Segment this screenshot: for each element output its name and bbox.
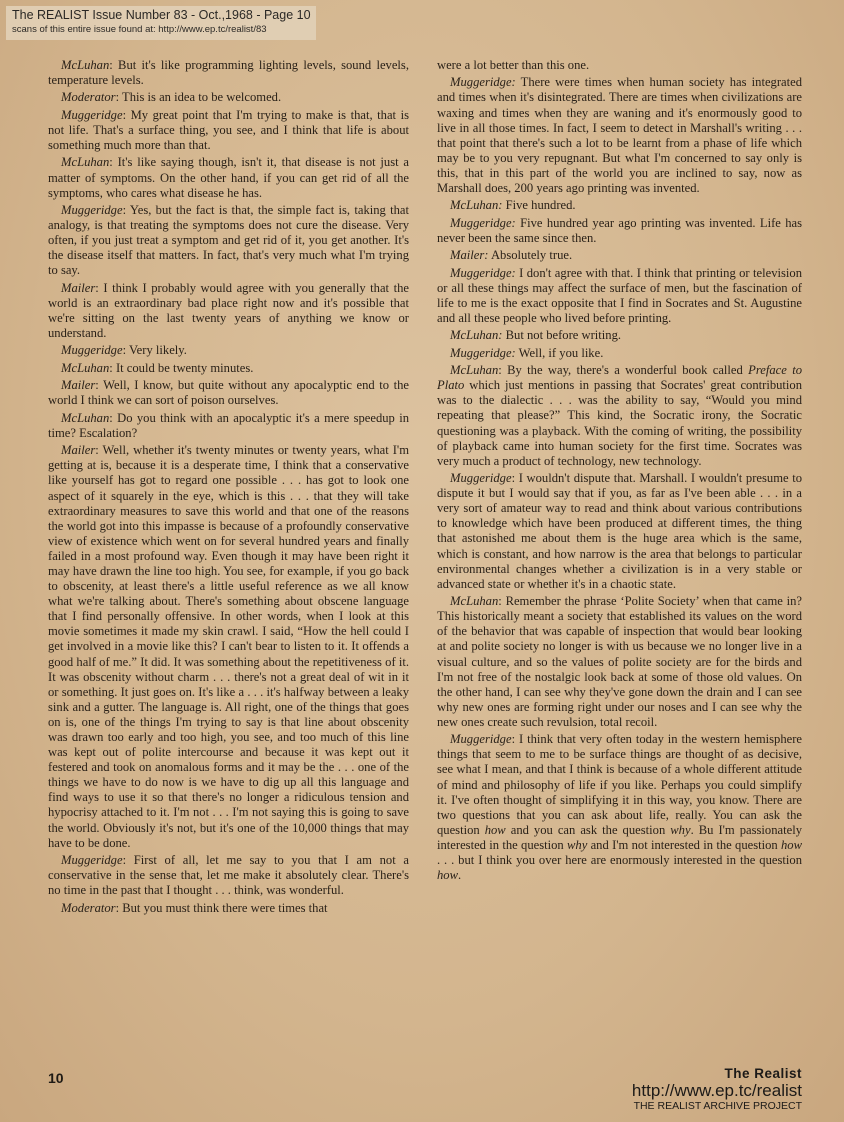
speaker-name: Muggeridge: (450, 266, 516, 280)
emphasis: how (437, 868, 458, 882)
dialogue-paragraph: McLuhan: But it's like programming light… (48, 58, 409, 88)
dialogue-paragraph: McLuhan: Do you think with an apocalypti… (48, 411, 409, 441)
speaker-name: Muggeridge (61, 203, 123, 217)
dialogue-paragraph: McLuhan: Remember the phrase ‘Polite Soc… (437, 594, 802, 730)
speaker-name: McLuhan: (450, 328, 502, 342)
speaker-name: McLuhan (61, 155, 109, 169)
dialogue-paragraph: Muggeridge: There were times when human … (437, 75, 802, 196)
dialogue-paragraph: Muggeridge: I wouldn't dispute that. Mar… (437, 471, 802, 592)
dialogue-paragraph: Mailer: Well, I know, but quite without … (48, 378, 409, 408)
dialogue-paragraph: Moderator: But you must think there were… (48, 901, 409, 916)
speaker-name: Muggeridge (61, 343, 123, 357)
continued-text: were a lot better than this one. (437, 58, 802, 73)
banner-title: The REALIST Issue Number 83 - Oct.,1968 … (12, 8, 310, 23)
dialogue-paragraph: Muggeridge: My great point that I'm tryi… (48, 108, 409, 153)
speaker-name: McLuhan (61, 58, 109, 72)
speaker-name: Mailer (61, 378, 95, 392)
dialogue-paragraph: McLuhan: Five hundred. (437, 198, 802, 213)
speaker-name: Mailer: (450, 248, 488, 262)
dialogue-paragraph: McLuhan: It could be twenty minutes. (48, 361, 409, 376)
banner-subtitle: scans of this entire issue found at: htt… (12, 23, 310, 36)
dialogue-paragraph: Muggeridge: I think that very often toda… (437, 732, 802, 883)
dialogue-paragraph: McLuhan: By the way, there's a wonderful… (437, 363, 802, 469)
dialogue-paragraph: Mailer: Absolutely true. (437, 248, 802, 263)
dialogue-paragraph: Muggeridge: First of all, let me say to … (48, 853, 409, 898)
footer-project: THE REALIST ARCHIVE PROJECT (632, 1100, 802, 1113)
speaker-name: Muggeridge: (450, 75, 516, 89)
footer-url[interactable]: http://www.ep.tc/realist (632, 1081, 802, 1100)
speaker-name: Mailer (61, 281, 95, 295)
speaker-name: McLuhan (450, 363, 498, 377)
speaker-name: Muggeridge (450, 471, 512, 485)
dialogue-paragraph: Mailer: Well, whether it's twenty minute… (48, 443, 409, 851)
speaker-name: Muggeridge: (450, 346, 516, 360)
dialogue-paragraph: McLuhan: But not before writing. (437, 328, 802, 343)
emphasis: how (781, 838, 802, 852)
dialogue-paragraph: Mailer: I think I probably would agree w… (48, 281, 409, 341)
speaker-name: McLuhan (61, 411, 109, 425)
speaker-name: Mailer (61, 443, 95, 457)
emphasis: how (485, 823, 506, 837)
speaker-name: Moderator (61, 901, 116, 915)
dialogue-paragraph: Muggeridge: Yes, but the fact is that, t… (48, 203, 409, 278)
dialogue-paragraph: Moderator: This is an idea to be welcome… (48, 90, 409, 105)
dialogue-paragraph: Muggeridge: I don't agree with that. I t… (437, 266, 802, 326)
speaker-name: Muggeridge (61, 853, 123, 867)
archive-banner: The REALIST Issue Number 83 - Oct.,1968 … (6, 6, 316, 40)
speaker-name: McLuhan (450, 594, 498, 608)
dialogue-paragraph: Muggeridge: Well, if you like. (437, 346, 802, 361)
dialogue-paragraph: McLuhan: It's like saying though, isn't … (48, 155, 409, 200)
speaker-name: Muggeridge (61, 108, 123, 122)
speaker-name: McLuhan: (450, 198, 502, 212)
left-column: McLuhan: But it's like programming light… (48, 58, 409, 918)
footer-brand: The Realist (632, 1066, 802, 1081)
emphasis: why (670, 823, 690, 837)
archive-footer: The Realist http://www.ep.tc/realist THE… (632, 1066, 802, 1113)
dialogue-paragraph: Muggeridge: Very likely. (48, 343, 409, 358)
dialogue-paragraph: Muggeridge: Five hundred year ago printi… (437, 216, 802, 246)
speaker-name: McLuhan (61, 361, 109, 375)
right-column: were a lot better than this one. Muggeri… (437, 58, 802, 886)
page-number: 10 (48, 1070, 64, 1086)
speaker-name: Muggeridge (450, 732, 512, 746)
speaker-name: Muggeridge: (450, 216, 516, 230)
emphasis: why (567, 838, 587, 852)
speaker-name: Moderator (61, 90, 116, 104)
